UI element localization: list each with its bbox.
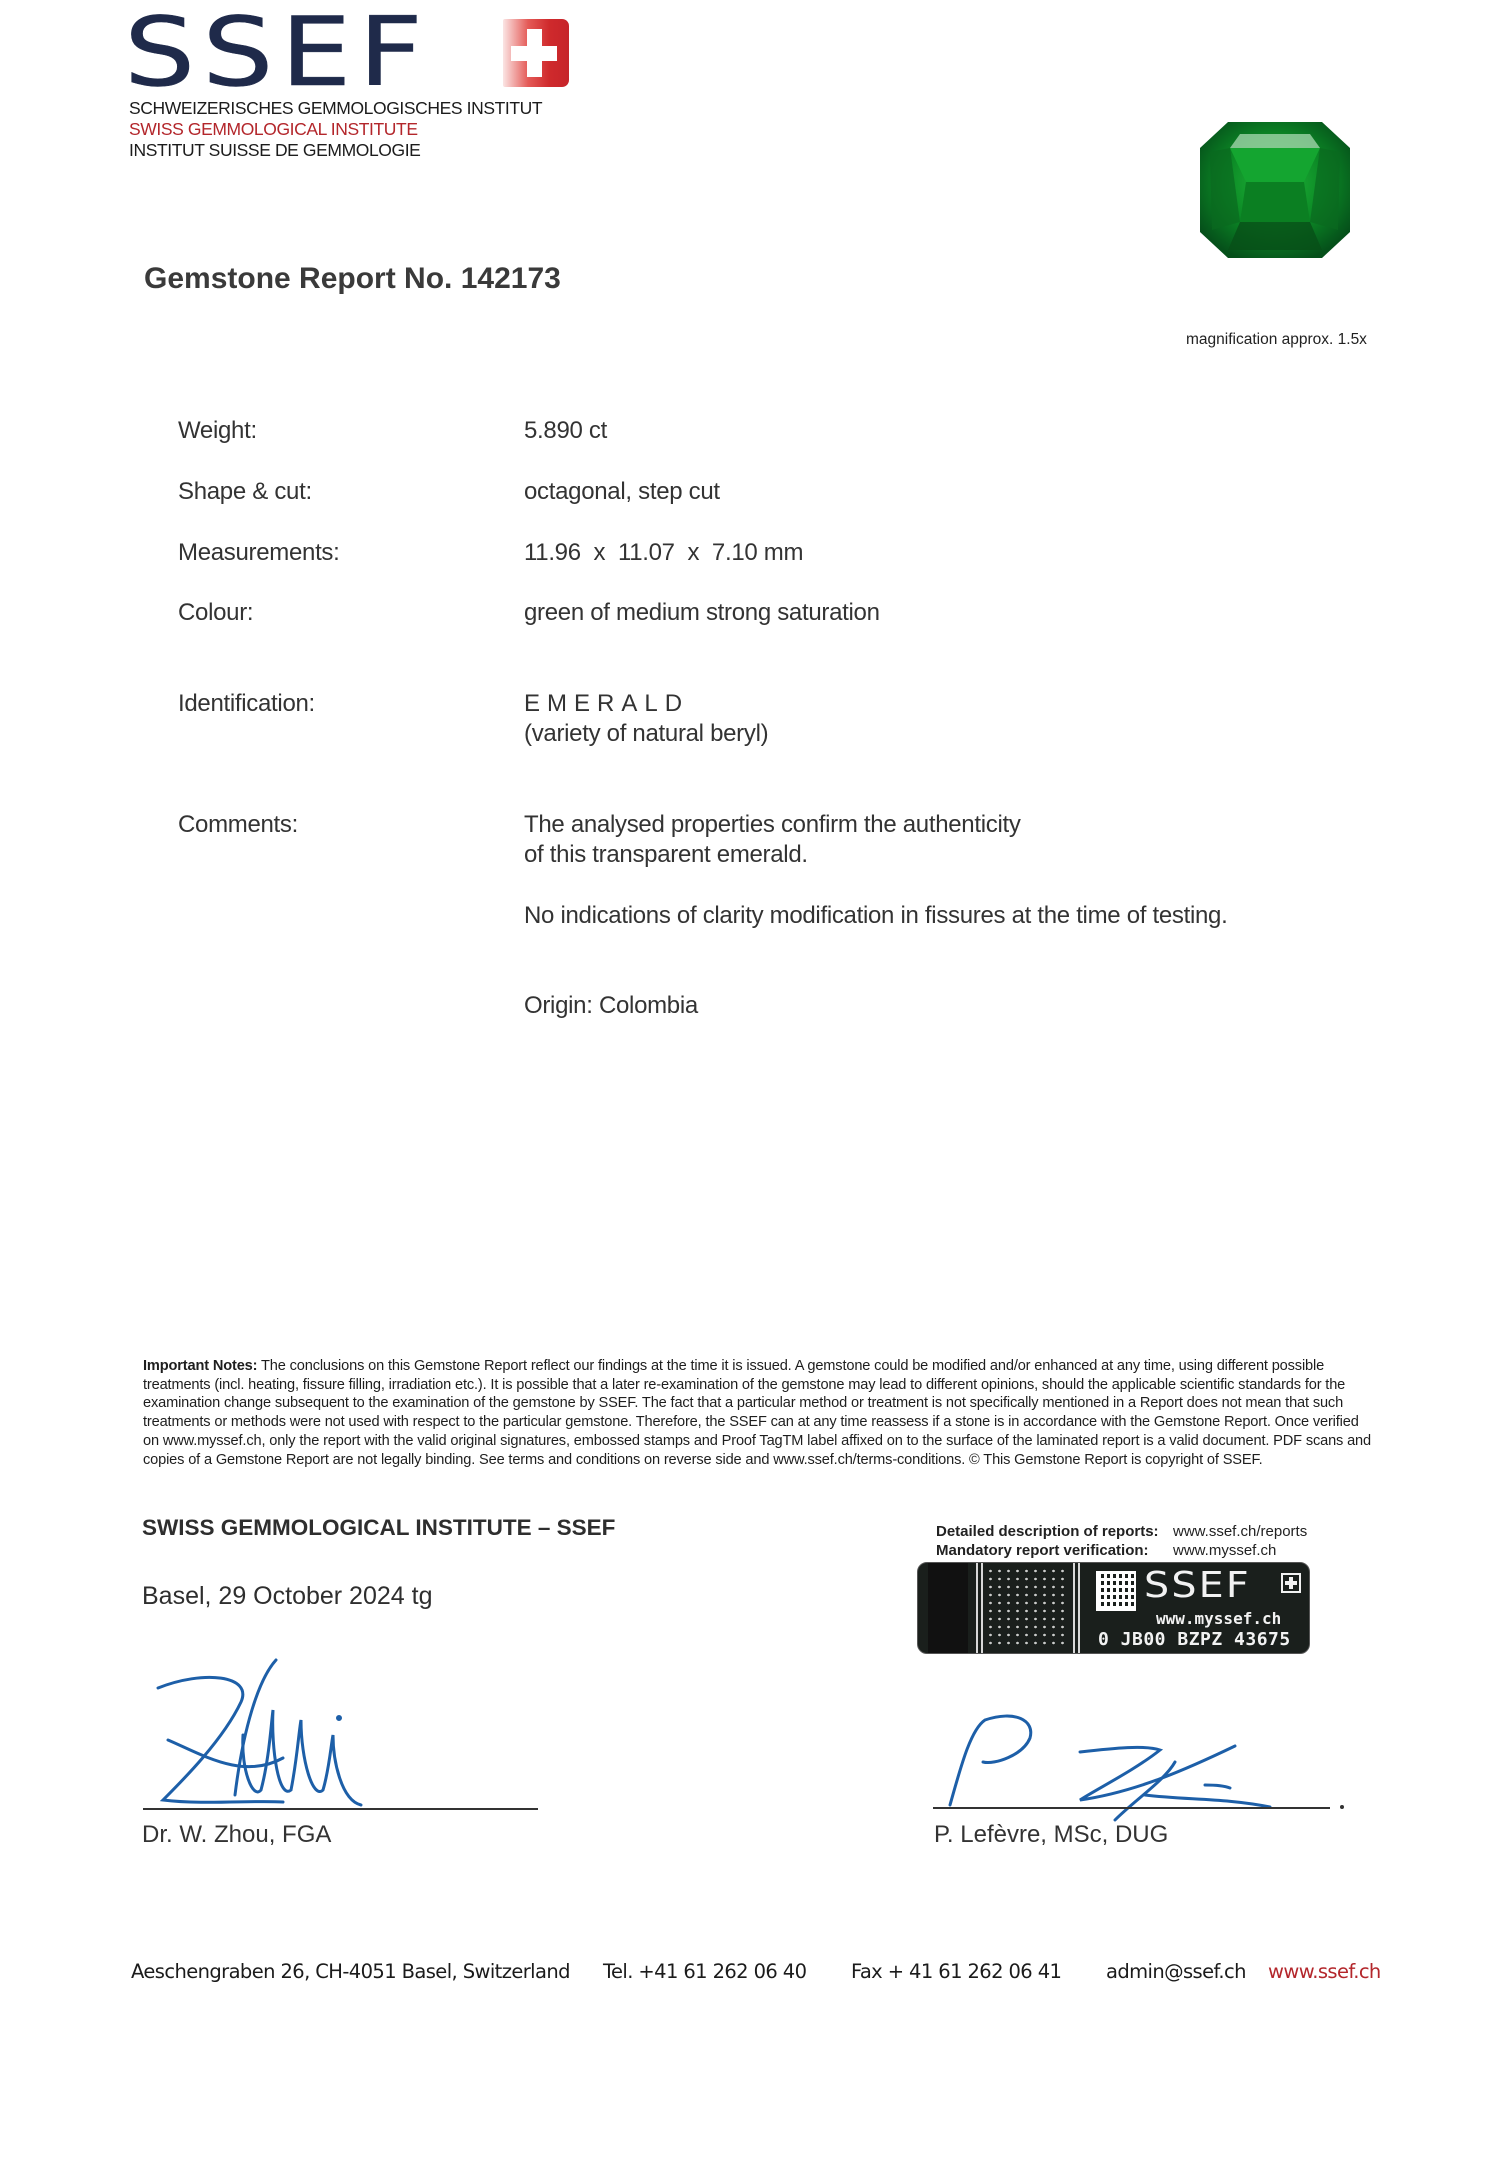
tag-code: 0 JB00 BZPZ 43675 — [1098, 1629, 1291, 1650]
comment-line-2: of this transparent emerald. — [524, 841, 808, 869]
place-date: Basel, 29 October 2024 tg — [142, 1582, 432, 1611]
reference-verification-label: Mandatory report verification: — [936, 1542, 1173, 1559]
footer-website-link[interactable]: www.ssef.ch — [1268, 1960, 1381, 1983]
measurements-label: Measurements: — [178, 539, 340, 567]
issuing-institute: SWISS GEMMOLOGICAL INSTITUTE – SSEF — [142, 1515, 615, 1541]
notes-text: The conclusions on this Gemstone Report … — [143, 1358, 1371, 1468]
reference-verification: Mandatory report verification:www.myssef… — [936, 1542, 1276, 1559]
report-title: Gemstone Report No. 142173 — [144, 262, 561, 296]
colour-value: green of medium strong saturation — [524, 599, 880, 627]
footer-email[interactable]: admin@ssef.ch — [1106, 1960, 1246, 1983]
swiss-cross-icon — [503, 19, 569, 87]
logo-subtitle-fr: INSTITUT SUISSE DE GEMMOLOGIE — [129, 140, 420, 160]
logo-subtitle-de: SCHWEIZERISCHES GEMMOLOGISCHES INSTITUT — [129, 98, 542, 118]
measurements-value: 11.96 x 11.07 x 7.10 mm — [524, 539, 803, 567]
tag-brand: SSEF — [1144, 1565, 1251, 1606]
weight-label: Weight: — [178, 417, 257, 445]
weight-value: 5.890 ct — [524, 417, 607, 445]
signature-line-right — [933, 1807, 1330, 1809]
tag-stripe — [981, 1563, 983, 1653]
comments-label: Comments: — [178, 811, 298, 839]
signature-line-left — [143, 1808, 538, 1810]
tag-stripe — [1073, 1563, 1075, 1653]
signature-zhou — [143, 1650, 543, 1810]
important-notes: Important Notes: The conclusions on this… — [143, 1357, 1373, 1469]
signatory-name-right: P. Lefèvre, MSc, DUG — [934, 1821, 1168, 1849]
signature-lefevre — [935, 1700, 1335, 1840]
reference-verification-link[interactable]: www.myssef.ch — [1173, 1542, 1276, 1559]
identification-subtext: (variety of natural beryl) — [524, 720, 768, 748]
footer-address: Aeschengraben 26, CH-4051 Basel, Switzer… — [131, 1960, 570, 1983]
reference-reports-label: Detailed description of reports: — [936, 1523, 1173, 1540]
shape-cut-value: octagonal, step cut — [524, 478, 720, 506]
tag-stripe — [976, 1563, 978, 1653]
identification-label: Identification: — [178, 690, 315, 718]
emerald-photo — [1200, 122, 1350, 258]
tag-swiss-cross-icon — [1281, 1573, 1301, 1593]
tag-url: www.myssef.ch — [1156, 1609, 1281, 1628]
comment-line-3: No indications of clarity modification i… — [524, 902, 1227, 930]
footer-fax: Fax + 41 61 262 06 41 — [851, 1960, 1061, 1983]
ssef-logo-wordmark: SSEF — [124, 6, 430, 101]
shape-cut-label: Shape & cut: — [178, 478, 312, 506]
reference-reports-link[interactable]: www.ssef.ch/reports — [1173, 1523, 1307, 1540]
logo-subtitle-en: SWISS GEMMOLOGICAL INSTITUTE — [129, 119, 418, 139]
magnification-caption: magnification approx. 1.5x — [1186, 331, 1367, 349]
tag-stripe — [1078, 1563, 1080, 1653]
proof-tag-label: SSEF www.myssef.ch 0 JB00 BZPZ 43675 — [917, 1562, 1310, 1654]
colour-label: Colour: — [178, 599, 253, 627]
tag-dark-segment — [928, 1563, 968, 1653]
origin-line: Origin: Colombia — [524, 992, 698, 1020]
footer-tel: Tel. +41 61 262 06 40 — [603, 1960, 806, 1983]
signature-dot — [1340, 1805, 1344, 1809]
datamatrix-code-icon — [1096, 1571, 1136, 1611]
tag-dot-pattern — [986, 1567, 1070, 1649]
reference-reports: Detailed description of reports:www.ssef… — [936, 1523, 1307, 1540]
notes-heading: Important Notes: — [143, 1358, 257, 1374]
identification-value: EMERALD — [524, 690, 689, 718]
comment-line-1: The analysed properties confirm the auth… — [524, 811, 1021, 839]
signatory-name-left: Dr. W. Zhou, FGA — [142, 1821, 331, 1849]
